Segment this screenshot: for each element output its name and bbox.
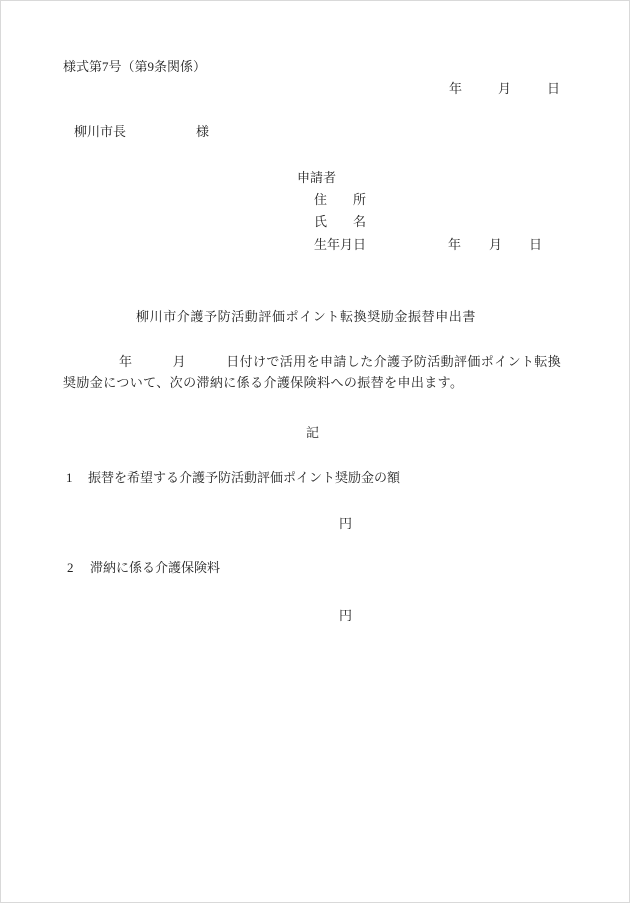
applicant-label: 申請者 [297, 171, 336, 186]
applicant-birthdate-label: 生年月日 [314, 238, 366, 253]
body-paragraph-line2: 奨励金について、次の滞納に係る介護保険料への振替を申出ます。 [63, 376, 463, 391]
birthdate-year-label: 年 [448, 238, 461, 253]
item-1-number: 1 [66, 471, 73, 486]
body-paragraph-line1: 年 月 日付けで活用を申請した介護予防活動評価ポイント転換 [119, 355, 561, 370]
addressee-name: 柳川市長 [74, 125, 126, 140]
item-2-text: 滞納に係る介護保険料 [90, 561, 220, 576]
item-1-unit-yen: 円 [339, 517, 352, 532]
item-2-unit-yen: 円 [339, 609, 352, 624]
birthdate-day-label: 日 [529, 238, 542, 253]
addressee-honorific: 様 [196, 125, 209, 140]
document-page: 様式第7号（第9条関係） 年 月 日 柳川市長 様 申請者 住 所 氏 名 生年… [0, 0, 630, 903]
applicant-name-label: 氏 名 [314, 215, 366, 230]
ki-marker: 記 [306, 426, 319, 441]
date-line: 年 月 日 [449, 82, 560, 97]
form-number: 様式第7号（第9条関係） [63, 60, 206, 75]
date-day-label: 日 [547, 82, 560, 97]
document-title: 柳川市介護予防活動評価ポイント転換奨励金振替申出書 [136, 310, 476, 325]
item-1-text: 振替を希望する介護予防活動評価ポイント奨励金の額 [88, 471, 400, 486]
applicant-address-label: 住 所 [314, 193, 366, 208]
date-year-label: 年 [449, 82, 462, 97]
date-month-label: 月 [498, 82, 511, 97]
item-2-number: 2 [67, 561, 74, 576]
birthdate-month-label: 月 [489, 238, 502, 253]
